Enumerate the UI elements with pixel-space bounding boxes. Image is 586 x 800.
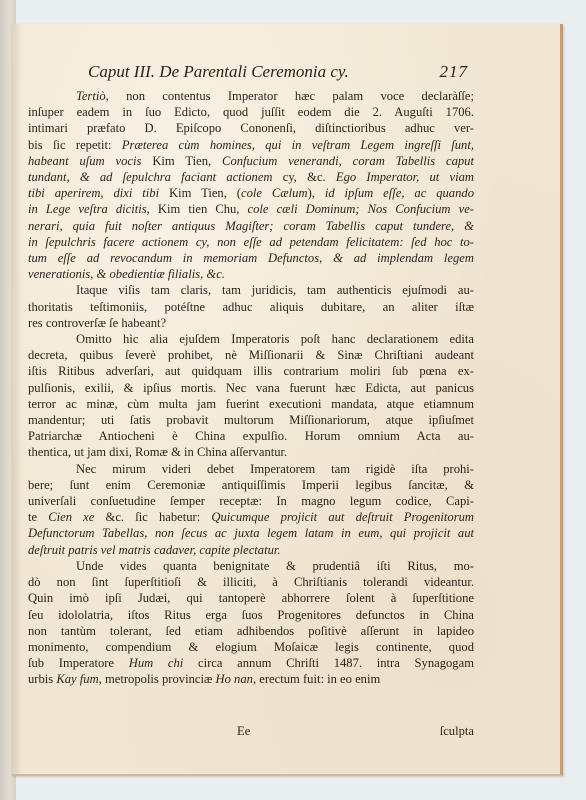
paragraph: Itaque viſis tam claris, tam juridicis, …: [28, 282, 474, 331]
italic-text: Cien xe: [48, 510, 94, 524]
roman-text: univerſali conſuetudine ſemper receptæ: …: [28, 494, 474, 508]
text-line: univerſali conſuetudine ſemper receptæ: …: [28, 493, 474, 509]
paragraph: Tertiò, non contentus Imperator hæc pala…: [28, 88, 474, 282]
book-page: Caput III. De Parentali Ceremonia cy. 21…: [12, 24, 563, 776]
roman-text: te: [28, 510, 48, 524]
text-line: intimari præfato D. Epiſcopo Cononenſi, …: [28, 120, 474, 136]
text-line: nerari, quia fuit noſter antiquus Magiſt…: [28, 218, 474, 234]
text-line: Patriarchæ Antiocheni è China expulſio. …: [28, 428, 474, 444]
italic-text: habeant uſum vocis: [28, 154, 152, 168]
text-line: urbis Kay fum, metropolis provinciæ Ho n…: [28, 671, 474, 687]
roman-text: &c. ſic habetur:: [94, 510, 211, 524]
text-line: tum eſſe ad revocandum in memoriam Defun…: [28, 250, 474, 266]
text-line: bere; ſunt enim Ceremoniæ antiquiſſimis …: [28, 477, 474, 493]
italic-text: tibi aperirem, dixi tibi: [28, 186, 169, 200]
italic-text: Confucium venerandi, coram Tabellis capu…: [222, 154, 474, 168]
italic-text: Tertiò: [76, 89, 106, 103]
roman-text: decreta, quibus ſeverè prohibet, nè Miſſ…: [28, 348, 474, 362]
text-line: mandentur; uti ſatis probavit multorum M…: [28, 412, 474, 428]
text-line: thoritatis teſtimoniis, potéſtne adhuc a…: [28, 299, 474, 315]
roman-text: ſub Imperatore: [28, 656, 129, 670]
text-line: Quin imò ipſi Judæi, qui tantoperè abhor…: [28, 590, 474, 606]
italic-text: Hum chi: [129, 656, 184, 670]
italic-text: Ho nan: [216, 672, 253, 686]
text-line: thentica, ut jam dixi, Romæ & in China a…: [28, 444, 474, 460]
text-line: in Lege veſtra dicitis, Kim tien Chu, co…: [28, 201, 474, 217]
text-line: ſub Imperatore Hum chi circa annum Chriſ…: [28, 655, 474, 671]
roman-text: iſtis Ritibus adverſari, aut quidquam il…: [28, 364, 474, 378]
text-line: Itaque viſis tam claris, tam juridicis, …: [28, 282, 474, 298]
roman-text: thentica, ut jam dixi, Romæ & in China a…: [28, 445, 287, 459]
roman-text: inſuper eadem in ſuo Edicto, quod juſſit…: [28, 105, 474, 119]
roman-text: ),: [308, 186, 325, 200]
italic-text: Ego Imperator, ut viam: [336, 170, 474, 184]
text-line: Unde vides quanta benignitate & prudenti…: [28, 558, 474, 574]
italic-text: nerari, quia fuit noſter antiquus Magiſt…: [28, 219, 474, 233]
italic-text: in Lege veſtra dicitis,: [28, 202, 158, 216]
roman-text: Quin imò ipſi Judæi, qui tantoperè abhor…: [28, 591, 474, 605]
italic-text: Kay fum: [56, 672, 98, 686]
text-line: deſtruit patris vel matris cadaver, capi…: [28, 542, 474, 558]
roman-text: res controverſæ ſe habeant?: [28, 316, 166, 330]
signature-mark: Ee: [237, 724, 250, 739]
italic-text: tum eſſe ad revocandum in memoriam Defun…: [28, 251, 474, 265]
text-line: Omitto hìc alia ejuſdem Imperatoris poſt…: [28, 331, 474, 347]
text-line: tibi aperirem, dixi tibi Kim Tien, (cole…: [28, 185, 474, 201]
italic-text: cole cæli Dominum; Nos Confucium ve-: [248, 202, 474, 216]
text-line: dò non ſint ſuperſtitioſi & illiciti, à …: [28, 574, 474, 590]
roman-text: intimari præfato D. Epiſcopo Cononenſi, …: [28, 121, 474, 135]
italic-text: in ſepulchris facere actionem cy, non eſ…: [28, 235, 474, 249]
roman-text: Itaque viſis tam claris, tam juridicis, …: [76, 283, 474, 297]
text-line: habeant uſum vocis Kim Tien, Confucium v…: [28, 153, 474, 169]
roman-text: non tantùm tolerant, ſed etiam adhibendo…: [28, 624, 474, 638]
text-line: inſuper eadem in ſuo Edicto, quod juſſit…: [28, 104, 474, 120]
paragraph: Omitto hìc alia ejuſdem Imperatoris poſt…: [28, 331, 474, 461]
roman-text: Patriarchæ Antiocheni è China expulſio. …: [28, 429, 474, 443]
italic-text: deſtruit patris vel matris cadaver, capi…: [28, 543, 281, 557]
roman-text: urbis: [28, 672, 56, 686]
running-header: Caput III. De Parentali Ceremonia cy. 21…: [88, 62, 468, 82]
paragraph: Unde vides quanta benignitate & prudenti…: [28, 558, 474, 688]
text-line: tundant, & ad ſepulchra faciant actionem…: [28, 169, 474, 185]
text-line: decreta, quibus ſeverè prohibet, nè Miſſ…: [28, 347, 474, 363]
roman-text: pulſionis, exilii, & ipſius mortis. Nec …: [28, 381, 474, 395]
roman-text: monimento, compendium & elogium Moſaicæ …: [28, 640, 474, 654]
roman-text: Unde vides quanta benignitate & prudenti…: [76, 559, 474, 573]
page-footer: Ee ſculpta: [28, 724, 474, 742]
text-line: monimento, compendium & elogium Moſaicæ …: [28, 639, 474, 655]
roman-text: , non contentus Imperator hæc palam voce…: [106, 89, 474, 103]
text-line: in ſepulchris facere actionem cy, non eſ…: [28, 234, 474, 250]
text-line: Nec mirum videri debet Imperatorem tam r…: [28, 461, 474, 477]
italic-text: id ipſum eſſe, ac quando: [325, 186, 474, 200]
text-line: pulſionis, exilii, & ipſius mortis. Nec …: [28, 380, 474, 396]
roman-text: mandentur; uti ſatis probavit multorum M…: [28, 413, 474, 427]
roman-text: , erectum fuit: in eo enim: [253, 672, 380, 686]
text-line: Defunctorum Tabellas, non ſecus ac juxta…: [28, 525, 474, 541]
roman-text: ſeu idololatria, iſtos Ritus erga ſuos P…: [28, 608, 474, 622]
text-line: ſeu idololatria, iſtos Ritus erga ſuos P…: [28, 607, 474, 623]
roman-text: dò non ſint ſuperſtitioſi & illiciti, à …: [28, 575, 474, 589]
roman-text: circa annum Chriſti 1487. intra Synagoga…: [183, 656, 474, 670]
roman-text: Kim tien Chu,: [158, 202, 248, 216]
page-gutter: [12, 24, 22, 774]
roman-text: Omitto hìc alia ejuſdem Imperatoris poſt…: [76, 332, 474, 346]
italic-text: tundant, & ad ſepulchra faciant actionem: [28, 170, 283, 184]
roman-text: Nec mirum videri debet Imperatorem tam r…: [76, 462, 474, 476]
text-line: non tantùm tolerant, ſed etiam adhibendo…: [28, 623, 474, 639]
roman-text: thoritatis teſtimoniis, potéſtne adhuc a…: [28, 300, 474, 314]
text-line: venerationis, & obedientiæ filialis, &c.: [28, 266, 474, 282]
text-line: res controverſæ ſe habeant?: [28, 315, 474, 331]
roman-text: bere; ſunt enim Ceremoniæ antiquiſſimis …: [28, 478, 474, 492]
text-line: Tertiò, non contentus Imperator hæc pala…: [28, 88, 474, 104]
roman-text: , metropolis provinciæ: [99, 672, 216, 686]
text-line: iſtis Ritibus adverſari, aut quidquam il…: [28, 363, 474, 379]
italic-text: Præterea cùm homines, qui in veſtram Leg…: [122, 138, 474, 152]
roman-text: Kim Tien, (: [169, 186, 241, 200]
roman-text: bis ſic repetit:: [28, 138, 122, 152]
italic-text: cole Cælum: [241, 186, 308, 200]
text-line: terror ac minæ, cùm multa jam fuerint ex…: [28, 396, 474, 412]
paragraph: Nec mirum videri debet Imperatorem tam r…: [28, 461, 474, 558]
text-line: te Cien xe &c. ſic habetur: Quicumque pr…: [28, 509, 474, 525]
catchword: ſculpta: [440, 724, 474, 739]
page-body-text: Tertiò, non contentus Imperator hæc pala…: [28, 88, 474, 688]
running-head-title: Caput III. De Parentali Ceremonia cy.: [88, 62, 349, 82]
roman-text: terror ac minæ, cùm multa jam fuerint ex…: [28, 397, 474, 411]
italic-text: venerationis, & obedientiæ filialis, &c.: [28, 267, 225, 281]
roman-text: cy, &c.: [283, 170, 336, 184]
italic-text: Quicumque projicit aut deſtruit Progenit…: [211, 510, 474, 524]
italic-text: Defunctorum Tabellas, non ſecus ac juxta…: [28, 526, 474, 540]
text-line: bis ſic repetit: Præterea cùm homines, q…: [28, 137, 474, 153]
page-number: 217: [440, 62, 469, 82]
roman-text: Kim Tien,: [152, 154, 222, 168]
